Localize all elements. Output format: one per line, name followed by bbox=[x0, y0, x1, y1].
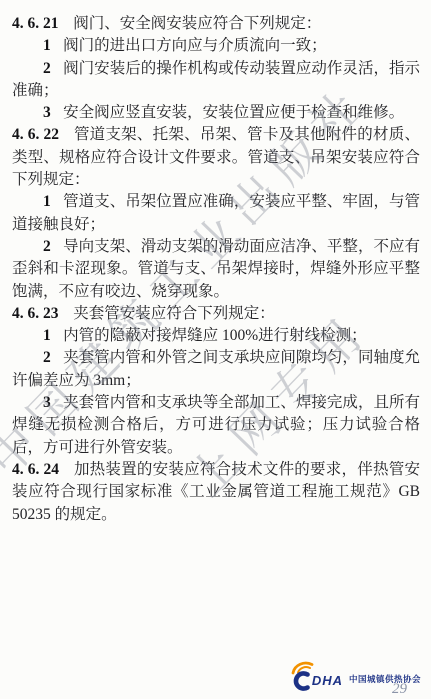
item-paragraph: 1管道支、吊架位置应准确，安装应平整、牢固，与管道接触良好； bbox=[12, 191, 420, 236]
paragraph-text: 夹套管内管和支承块等全部加工、焊接完成，且所有焊缝无损检测合格后，方可进行压力试… bbox=[12, 394, 420, 456]
document-content: 4. 6. 21阀门、安全阀安装应符合下列规定：1阀门的进出口方向应与介质流向一… bbox=[12, 13, 420, 526]
document-page: 中国建筑工业出版社 上网专用 4. 6. 21阀门、安全阀安装应符合下列规定：1… bbox=[0, 0, 431, 699]
clause-paragraph: 4. 6. 23夹套管安装应符合下列规定： bbox=[12, 303, 420, 325]
paragraph-text: 阀门安装后的操作机构或传动装置应动作灵活，指示准确； bbox=[12, 60, 420, 99]
paragraph-text: 加热装置的安装应符合技术文件的要求，伴热管安装应符合现行国家标准《工业金属管道工… bbox=[12, 461, 420, 523]
item-paragraph: 3安全阀应竖直安装，安装位置应便于检查和维修。 bbox=[12, 102, 420, 124]
item-paragraph: 1阀门的进出口方向应与介质流向一致； bbox=[12, 35, 420, 57]
item-paragraph: 3夹套管内管和支承块等全部加工、焊接完成，且所有焊缝无损检测合格后，方可进行压力… bbox=[12, 392, 420, 459]
item-number: 3 bbox=[43, 394, 51, 411]
item-number: 3 bbox=[43, 104, 51, 121]
clause-paragraph: 4. 6. 22管道支架、托架、吊架、管卡及其他附件的材质、类型、规格应符合设计… bbox=[12, 124, 420, 191]
clause-number: 4. 6. 21 bbox=[12, 15, 59, 32]
item-number: 1 bbox=[43, 193, 51, 210]
clause-number: 4. 6. 23 bbox=[12, 305, 59, 322]
logo-name: 中国城镇供热协会 bbox=[349, 673, 421, 685]
item-number: 1 bbox=[43, 327, 51, 344]
clause-number: 4. 6. 22 bbox=[12, 126, 59, 143]
page-number: 29 bbox=[392, 681, 407, 698]
clause-paragraph: 4. 6. 21阀门、安全阀安装应符合下列规定： bbox=[12, 13, 420, 35]
item-paragraph: 1内管的隐蔽对接焊缝应 100%进行射线检测； bbox=[12, 325, 420, 347]
paragraph-text: 阀门、安全阀安装应符合下列规定： bbox=[73, 15, 321, 32]
paragraph-text: 阀门的进出口方向应与介质流向一致； bbox=[63, 37, 327, 54]
item-number: 2 bbox=[43, 238, 51, 255]
paragraph-text: 导向支架、滑动支架的滑动面应洁净、平整，不应有歪斜和卡涩现象。管道与支、吊架焊接… bbox=[12, 238, 420, 300]
item-number: 2 bbox=[43, 349, 51, 366]
item-paragraph: 2导向支架、滑动支架的滑动面应洁净、平整，不应有歪斜和卡涩现象。管道与支、吊架焊… bbox=[12, 236, 420, 303]
item-number: 2 bbox=[43, 60, 51, 77]
clause-paragraph: 4. 6. 24加热装置的安装应符合技术文件的要求，伴热管安装应符合现行国家标准… bbox=[12, 459, 420, 526]
logo-acronym: DHA bbox=[312, 673, 343, 688]
paragraph-text: 管道支、吊架位置应准确，安装应平整、牢固，与管道接触良好； bbox=[12, 193, 420, 232]
paragraph-text: 安全阀应竖直安装，安装位置应便于检查和维修。 bbox=[63, 104, 404, 121]
item-number: 1 bbox=[43, 37, 51, 54]
item-paragraph: 2阀门安装后的操作机构或传动装置应动作灵活，指示准确； bbox=[12, 58, 420, 103]
paragraph-text: 管道支架、托架、吊架、管卡及其他附件的材质、类型、规格应符合设计文件要求。管道支… bbox=[12, 126, 420, 188]
paragraph-text: 内管的隐蔽对接焊缝应 100%进行射线检测； bbox=[63, 327, 367, 344]
paragraph-text: 夹套管安装应符合下列规定： bbox=[73, 305, 275, 322]
item-paragraph: 2夹套管内管和外管之间支承块应间隙均匀，同轴度允许偏差应为 3mm； bbox=[12, 347, 420, 392]
paragraph-text: 夹套管内管和外管之间支承块应间隙均匀，同轴度允许偏差应为 3mm； bbox=[12, 349, 420, 388]
clause-number: 4. 6. 24 bbox=[12, 461, 59, 478]
